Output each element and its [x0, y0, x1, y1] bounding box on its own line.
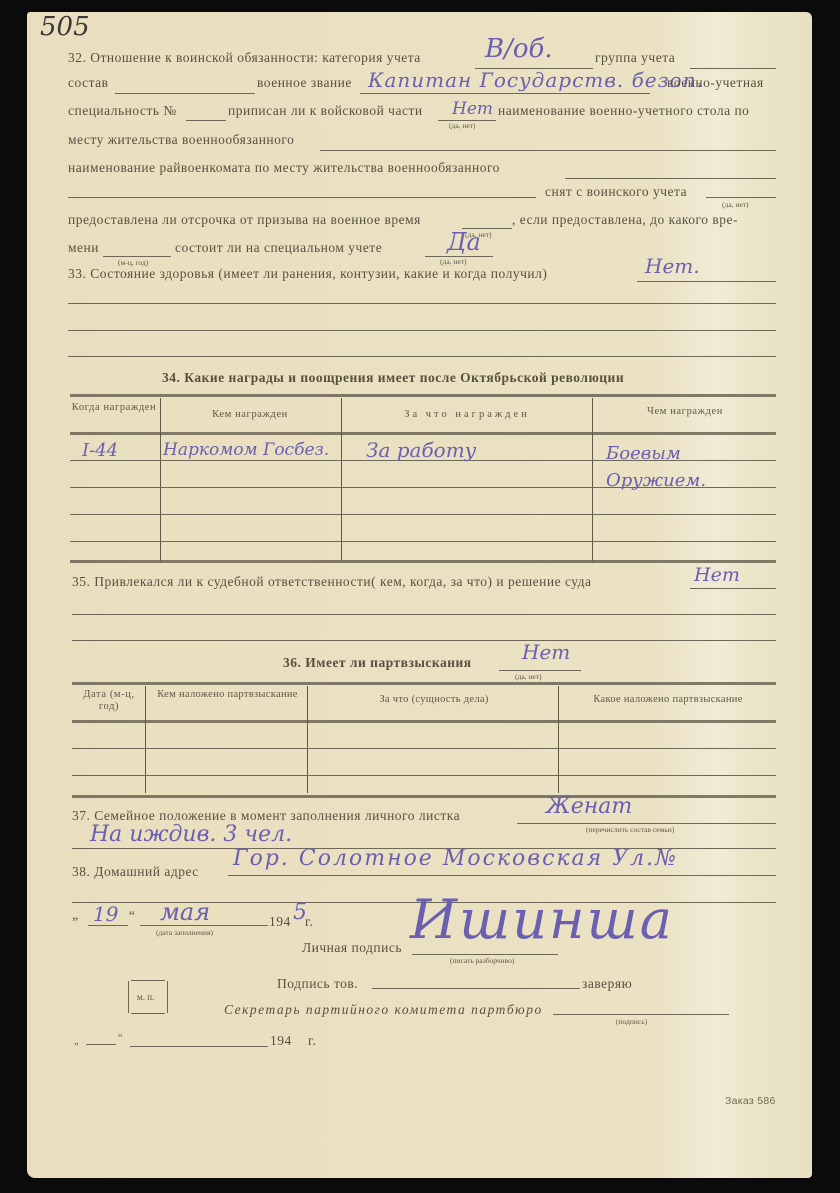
removed-underline[interactable]	[706, 197, 776, 198]
cert-date-year: 194	[270, 1033, 292, 1049]
awards-table-bottom	[70, 560, 776, 563]
cert-date-unit: г.	[308, 1033, 316, 1049]
item33-label: 33. Состояние здоровья (имеет ли ранения…	[68, 266, 547, 282]
special-reg-value[interactable]: Да	[447, 228, 481, 256]
item36-underline	[499, 670, 581, 671]
award-for-what[interactable]: За работу	[366, 438, 476, 462]
item36-hint: (да, нет)	[515, 672, 542, 681]
item37-value[interactable]: Женат	[546, 794, 632, 819]
certify-label: заверяю	[582, 976, 632, 992]
awards-vline-3	[592, 398, 593, 562]
date-year-unit: г.	[305, 914, 313, 930]
composition-underline[interactable]	[115, 93, 255, 94]
penalties-header-bottom	[72, 720, 776, 723]
item35-value[interactable]: Нет	[694, 564, 740, 586]
rvk-label: наименование райвоенкомата по месту жите…	[68, 160, 500, 176]
desk-label-1: наименование военно-учетного стола по	[498, 103, 749, 119]
deferment-until-underline[interactable]	[103, 256, 171, 257]
penalties-row-line-1	[72, 748, 776, 749]
awards-vline-1	[160, 398, 161, 562]
cert-date-close-quote: “	[118, 1033, 123, 1044]
rank-underline	[360, 93, 650, 94]
item35-line-2[interactable]	[72, 614, 776, 615]
date-year-prefix: 194	[269, 914, 291, 930]
print-order: Заказ 586	[725, 1095, 776, 1107]
penalties-vline-2	[307, 686, 308, 793]
item33-value[interactable]: Нет.	[645, 254, 700, 278]
signature-underline	[412, 954, 558, 955]
handwritten-page-number: 505	[40, 12, 90, 42]
sign-comrade-underline[interactable]	[372, 988, 580, 989]
penalties-vline-1	[145, 686, 146, 793]
item37-underline	[517, 823, 776, 824]
date-open-quote: „	[72, 908, 79, 924]
rvk-underline-2[interactable]	[68, 197, 536, 198]
desk-label-2: месту жительства военнообязанного	[68, 132, 294, 148]
item33-line-3[interactable]	[68, 330, 776, 331]
awards-col-for-what: За что награжден	[342, 409, 592, 421]
cert-date-month-underline[interactable]	[130, 1046, 268, 1047]
item33-line-4[interactable]	[68, 356, 776, 357]
assigned-hint: (да, нет)	[449, 121, 476, 130]
item37-value-line2[interactable]: На иждив. 3 чел.	[90, 822, 292, 847]
special-reg-label: состоит ли на специальном учете	[175, 240, 382, 256]
rank-label: военное звание	[257, 75, 352, 91]
vus-number-underline[interactable]	[186, 120, 226, 121]
item33-line-2[interactable]	[68, 303, 776, 304]
deferment-until-label-2: мени	[68, 240, 99, 256]
signature-value[interactable]: Ишинша	[410, 888, 674, 951]
awards-table-top	[70, 394, 776, 397]
secretary-label: Секретарь партийного комитета партбюро	[224, 1002, 543, 1018]
date-close-quote: “	[129, 908, 136, 924]
sign-comrade-label: Подпись тов.	[277, 976, 358, 992]
item36-value[interactable]: Нет	[522, 640, 570, 664]
vus-label-2: специальность №	[68, 103, 177, 119]
date-month[interactable]: мая	[160, 898, 210, 926]
penalties-col-what: Какое наложено партвзыскание	[560, 694, 776, 706]
assigned-label: приписан ли к войсковой части	[228, 103, 423, 119]
item36-title: 36. Имеет ли партвзыскания	[283, 655, 472, 671]
category-value[interactable]: В/об.	[485, 34, 553, 64]
award-when[interactable]: I-44	[82, 440, 118, 461]
rvk-underline[interactable]	[565, 178, 776, 179]
item38-value[interactable]: Гор. Солотное Московская Ул.№	[233, 846, 678, 871]
awards-col-by-whom: Кем награжден	[160, 409, 340, 421]
item34-title: 34. Какие награды и поощрения имеет посл…	[162, 370, 624, 386]
awards-vline-2	[341, 398, 342, 562]
penalties-col-date: Дата (м-ц, год)	[76, 689, 142, 713]
signature-hint: (писать разборчиво)	[450, 956, 514, 965]
award-with-what[interactable]: Боевым Оружием.	[606, 440, 756, 494]
removed-label: снят с воинского учета	[545, 184, 687, 200]
item32-label: 32. Отношение к воинской обязанности: ка…	[68, 50, 421, 66]
deferment-label: предоставлена ли отсрочка от призыва на …	[68, 212, 421, 228]
item38-label: 38. Домашний адрес	[72, 864, 199, 880]
rank-value[interactable]: Капитан Государств. безоп.	[368, 68, 704, 92]
awards-col-when: Когда награжден	[70, 402, 158, 414]
special-reg-hint: (да, нет)	[440, 257, 467, 266]
stamp-label: м. п.	[137, 992, 154, 1002]
penalties-vline-3	[558, 686, 559, 793]
item33-underline	[637, 281, 776, 282]
composition-label: состав	[68, 75, 109, 91]
penalties-col-by-whom: Кем наложено партвзыскание	[150, 689, 305, 701]
penalties-table-top	[72, 682, 776, 685]
awards-col-with-what: Чем награжден	[594, 406, 776, 418]
removed-hint: (да, нет)	[722, 200, 749, 209]
awards-header-bottom	[70, 432, 776, 435]
award-by-whom[interactable]: Наркомом Госбез.	[163, 440, 329, 460]
secretary-hint: (подпись)	[616, 1017, 647, 1026]
signature-label: Личная подпись	[302, 940, 402, 956]
cert-date-day-underline[interactable]	[86, 1044, 116, 1045]
group-label: группа учета	[595, 50, 675, 66]
date-hint: (дата заполнения)	[156, 928, 213, 937]
awards-row-line-3	[70, 514, 776, 515]
item35-line-3[interactable]	[72, 640, 776, 641]
item35-underline	[690, 588, 776, 589]
cert-date-open-quote: „	[74, 1036, 79, 1047]
penalties-col-for-what: За что (сущность дела)	[310, 694, 558, 706]
item38-underline	[228, 875, 776, 876]
item37-hint: (перечислить состав семьи)	[586, 825, 674, 834]
awards-row-line-4	[70, 541, 776, 542]
penalties-row-line-2	[72, 775, 776, 776]
date-day[interactable]: 19	[93, 902, 118, 926]
desk-underline[interactable]	[320, 150, 776, 151]
item35-label: 35. Привлекался ли к судебной ответствен…	[72, 574, 592, 590]
penalties-table-bottom	[72, 795, 776, 798]
secretary-underline[interactable]	[553, 1014, 729, 1015]
vus-label-1: военно-учетная	[667, 75, 764, 91]
deferment-until-label: , если предоставлена, до какого вре-	[512, 212, 738, 228]
assigned-value[interactable]: Нет	[452, 99, 493, 119]
